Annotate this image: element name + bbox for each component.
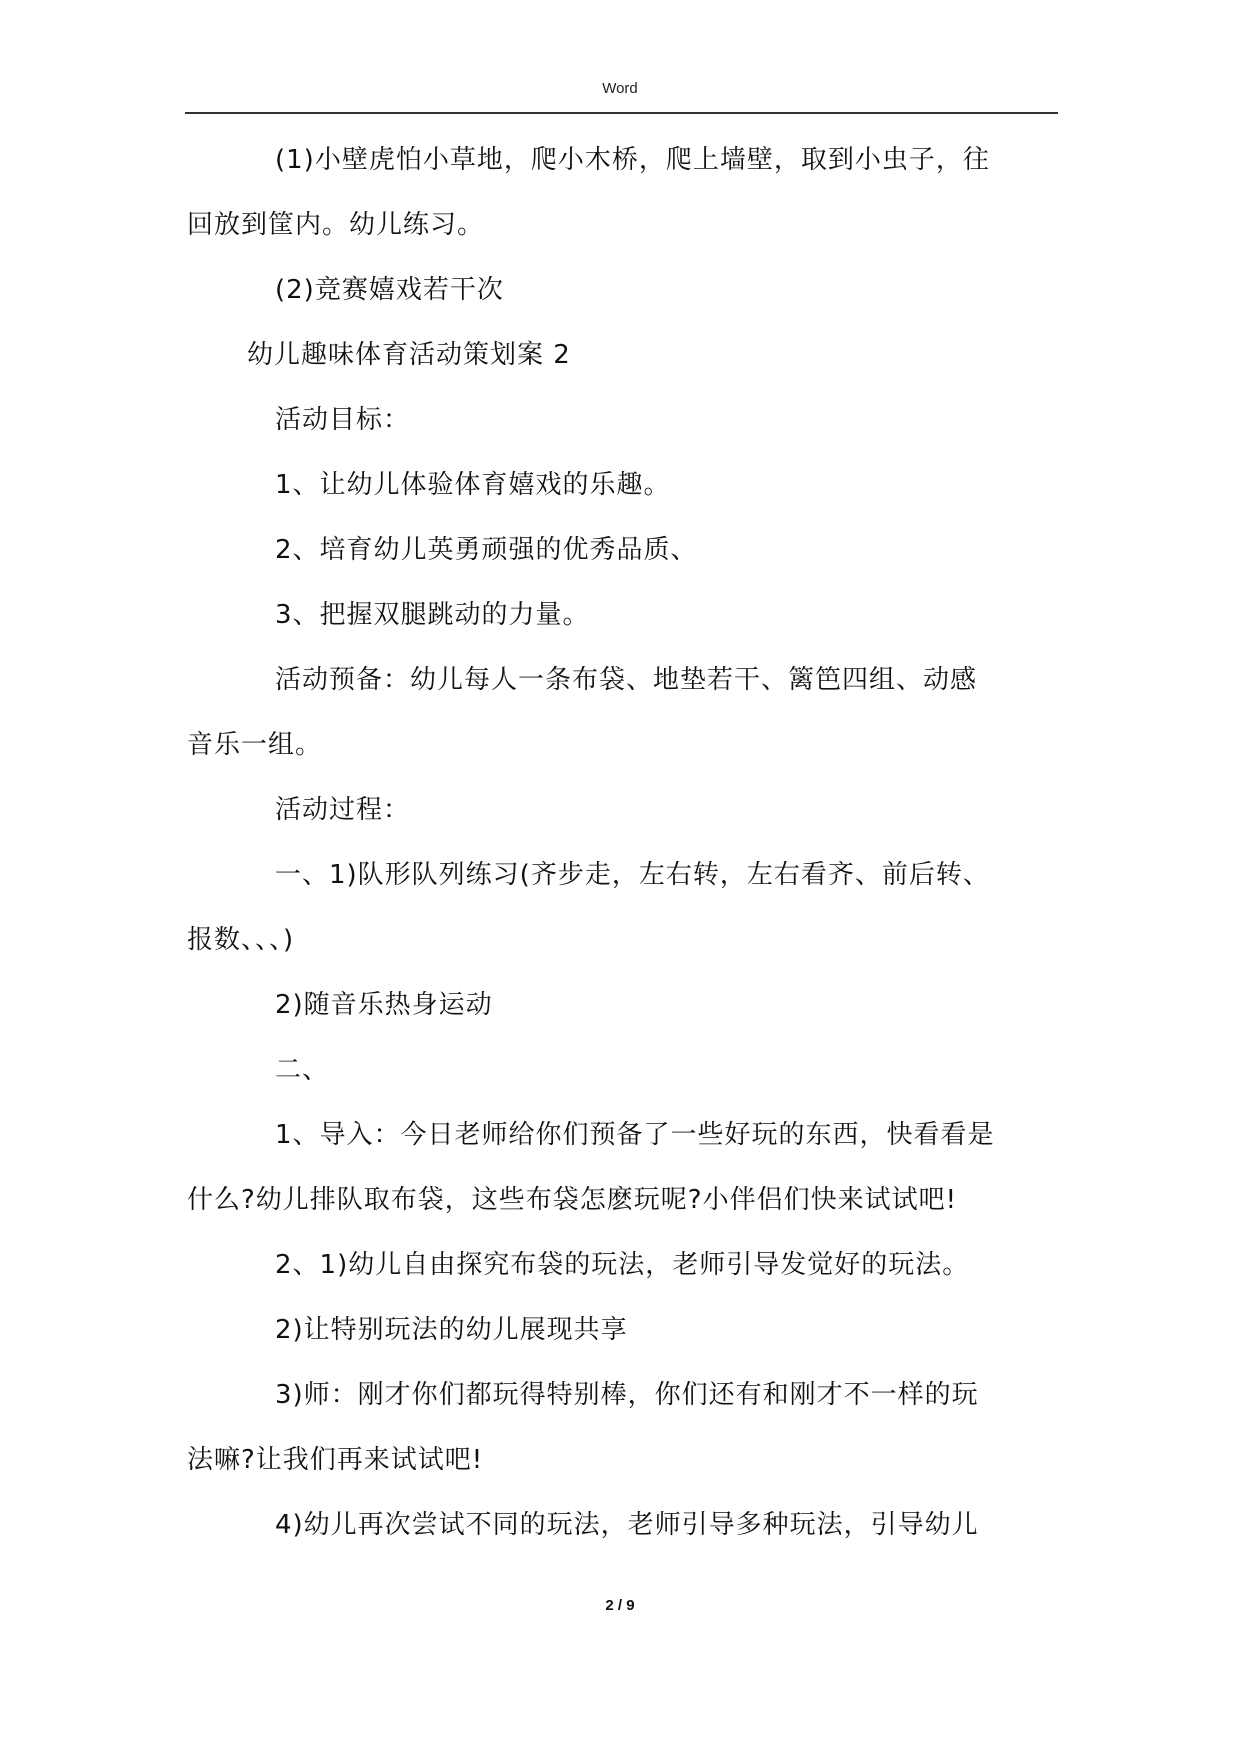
page-header-label: Word [0,80,1240,97]
paragraph-line: 4)幼儿再次尝试不同的玩法，老师引导多种玩法，引导幼儿 [275,1508,979,1542]
paragraph-line: 2、培育幼儿英勇顽强的优秀品质、 [275,533,698,567]
paragraph-line: 活动过程： [275,793,410,827]
paragraph-line: (2)竞赛嬉戏若干次 [275,273,504,307]
paragraph-line: 法嘛?让我们再来试试吧! [187,1443,483,1477]
paragraph-line: (1)小壁虎怕小草地，爬小木桥，爬上墙壁，取到小虫子，往 [275,143,990,177]
paragraph-line: 一、1)队形队列练习(齐步走，左右转，左右看齐、前后转、 [275,858,990,892]
paragraph-line: 1、导入：今日老师给你们预备了一些好玩的东西，快看看是 [275,1118,995,1152]
paragraph-line: 活动目标： [275,403,410,437]
page-number: 2 / 9 [0,1597,1240,1614]
paragraph-line: 报数、、、) [187,923,294,957]
paragraph-line: 二、 [275,1053,329,1087]
paragraph-line: 2、1)幼儿自由探究布袋的玩法，老师引导发觉好的玩法。 [275,1248,969,1282]
paragraph-line: 3、把握双腿跳动的力量。 [275,598,590,632]
paragraph-line: 活动预备：幼儿每人一条布袋、地垫若干、篱笆四组、动感 [275,663,977,697]
header-rule [185,112,1058,114]
paragraph-line: 什么?幼儿排队取布袋，这些布袋怎麽玩呢?小伴侣们快来试试吧! [187,1183,957,1217]
paragraph-line: 音乐一组。 [187,728,322,762]
paragraph-line: 2)让特别玩法的幼儿展现共享 [275,1313,628,1347]
paragraph-line: 2)随音乐热身运动 [275,988,493,1022]
section-title: 幼儿趣味体育活动策划案 2 [247,338,571,372]
paragraph-line: 回放到筐内。幼儿练习。 [187,208,484,242]
paragraph-line: 1、让幼儿体验体育嬉戏的乐趣。 [275,468,671,502]
paragraph-line: 3)师：刚才你们都玩得特别棒，你们还有和刚才不一样的玩 [275,1378,979,1412]
